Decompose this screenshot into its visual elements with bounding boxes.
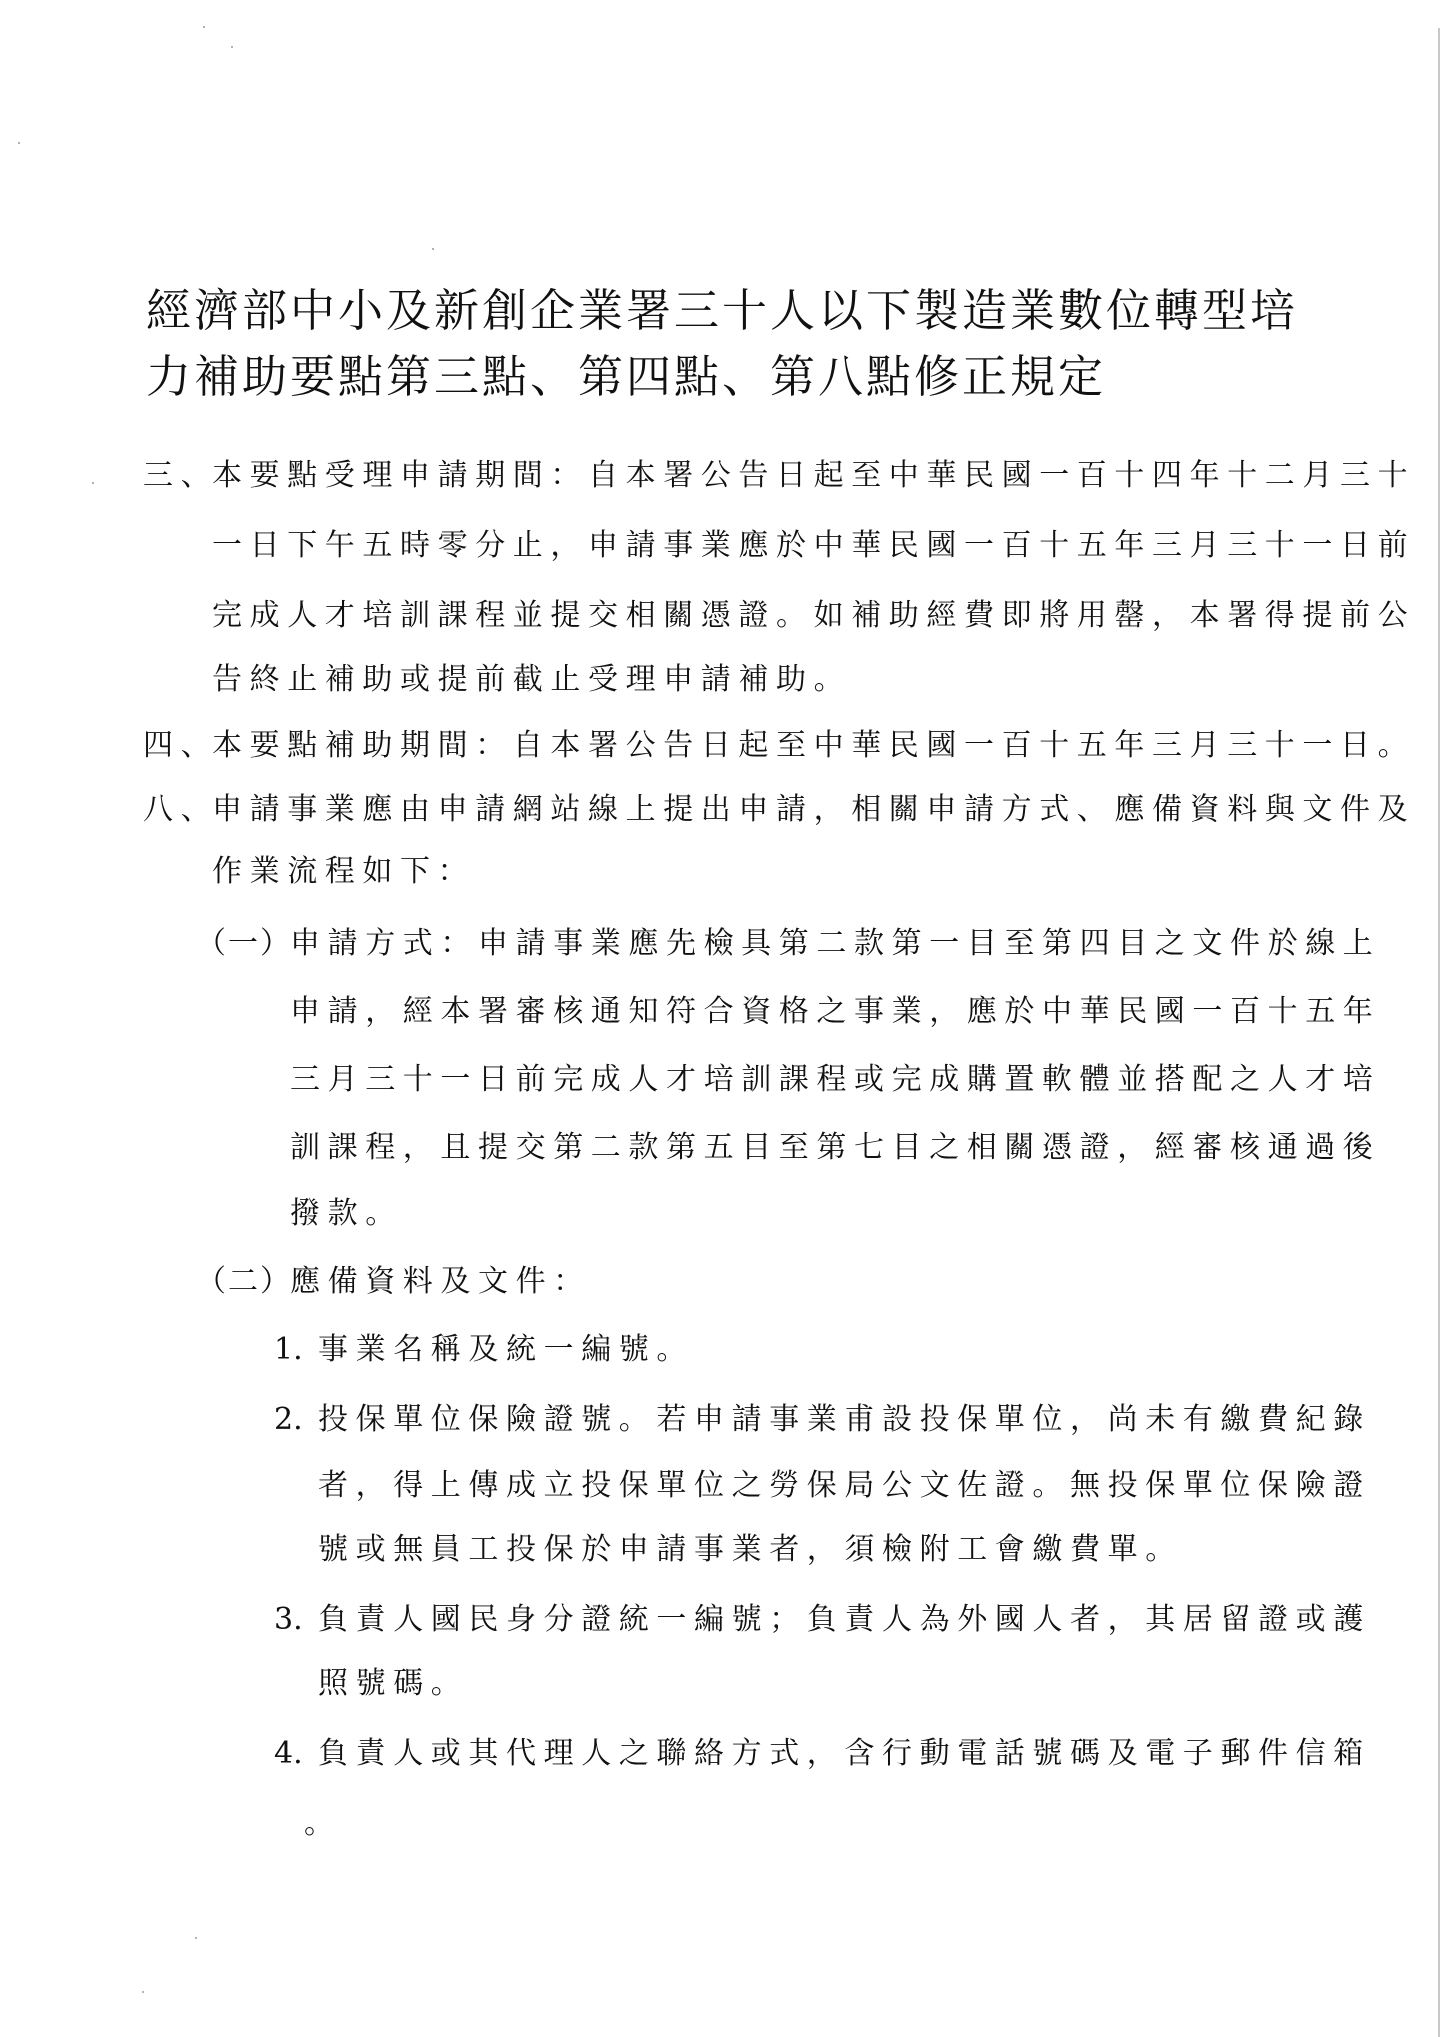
list-item-text-line: 負責人或其代理人之聯絡方式，含行動電話號碼及電子郵件信箱	[318, 1734, 1371, 1774]
section-text-line: 完成人才培訓課程並提交相關憑證。如補助經費即將用罄，本署得提前公	[212, 596, 1415, 636]
list-item-text-line: 號或無員工投保於申請事業者，須檢附工會繳費單。	[318, 1530, 1183, 1570]
section-text-line: 一日下午五時零分止，申請事業應於中華民國一百十五年三月三十一日前	[212, 526, 1415, 566]
scan-speck	[142, 1991, 144, 1993]
section-text-line: 告終止補助或提前截止受理申請補助。	[212, 660, 851, 700]
list-item-number: 2.	[274, 1400, 303, 1440]
list-item-text-line: 投保單位保險證號。若申請事業甫設投保單位，尚未有繳費紀錄	[318, 1400, 1371, 1440]
scan-speck	[432, 248, 434, 250]
list-item-text-line: 事業名稱及統一編號。	[318, 1330, 694, 1370]
title-line: 力補助要點第三點、第四點、第八點修正規定	[146, 344, 1316, 410]
section-text-line: 作業流程如下：	[212, 852, 475, 892]
scan-speck	[231, 46, 233, 48]
list-item-number: 3.	[274, 1600, 303, 1640]
list-item-number: 4.	[274, 1734, 303, 1774]
list-item-text-line: 照號碼。	[318, 1664, 468, 1704]
subsection-text-line: 應備資料及文件：	[290, 1262, 591, 1302]
section-text-line: 申請事業應由申請網站線上提出申請，相關申請方式、應備資料與文件及	[212, 790, 1415, 830]
section-label: 四、	[143, 726, 218, 766]
title-line: 經濟部中小及新創企業署三十人以下製造業數位轉型培	[146, 278, 1316, 344]
scan-speck	[203, 26, 205, 28]
list-item-text-line: 負責人國民身分證統一編號；負責人為外國人者，其居留證或護	[318, 1600, 1371, 1640]
scan-speck	[92, 482, 94, 484]
list-item-text-line: 。	[304, 1804, 342, 1844]
subsection-text-line: 申請，經本署審核通知符合資格之事業，應於中華民國一百十五年	[290, 992, 1380, 1032]
section-label: 八、	[143, 790, 218, 830]
section-text-line: 本要點補助期間：自本署公告日起至中華民國一百十五年三月三十一日。	[212, 726, 1415, 766]
subsection-text-line: 三月三十一日前完成人才培訓課程或完成購置軟體並搭配之人才培	[290, 1060, 1380, 1100]
scan-speck	[195, 1937, 197, 1939]
section-label: 三、	[143, 456, 218, 496]
scan-speck	[18, 142, 20, 144]
subsection-label: （二）	[196, 1262, 292, 1302]
subsection-label: （一）	[196, 924, 292, 964]
list-item-number: 1.	[274, 1330, 303, 1370]
section-text-line: 本要點受理申請期間：自本署公告日起至中華民國一百十四年十二月三十	[212, 456, 1415, 496]
subsection-text-line: 撥款。	[290, 1194, 403, 1234]
subsection-text-line: 訓課程，且提交第二款第五目至第七目之相關憑證，經審核通過後	[290, 1128, 1380, 1168]
list-item-text-line: 者，得上傳成立投保單位之勞保局公文佐證。無投保單位保險證	[318, 1466, 1371, 1506]
subsection-text-line: 申請方式：申請事業應先檢具第二款第一目至第四目之文件於線上	[290, 924, 1380, 964]
document-title: 經濟部中小及新創企業署三十人以下製造業數位轉型培 力補助要點第三點、第四點、第八…	[146, 278, 1316, 410]
